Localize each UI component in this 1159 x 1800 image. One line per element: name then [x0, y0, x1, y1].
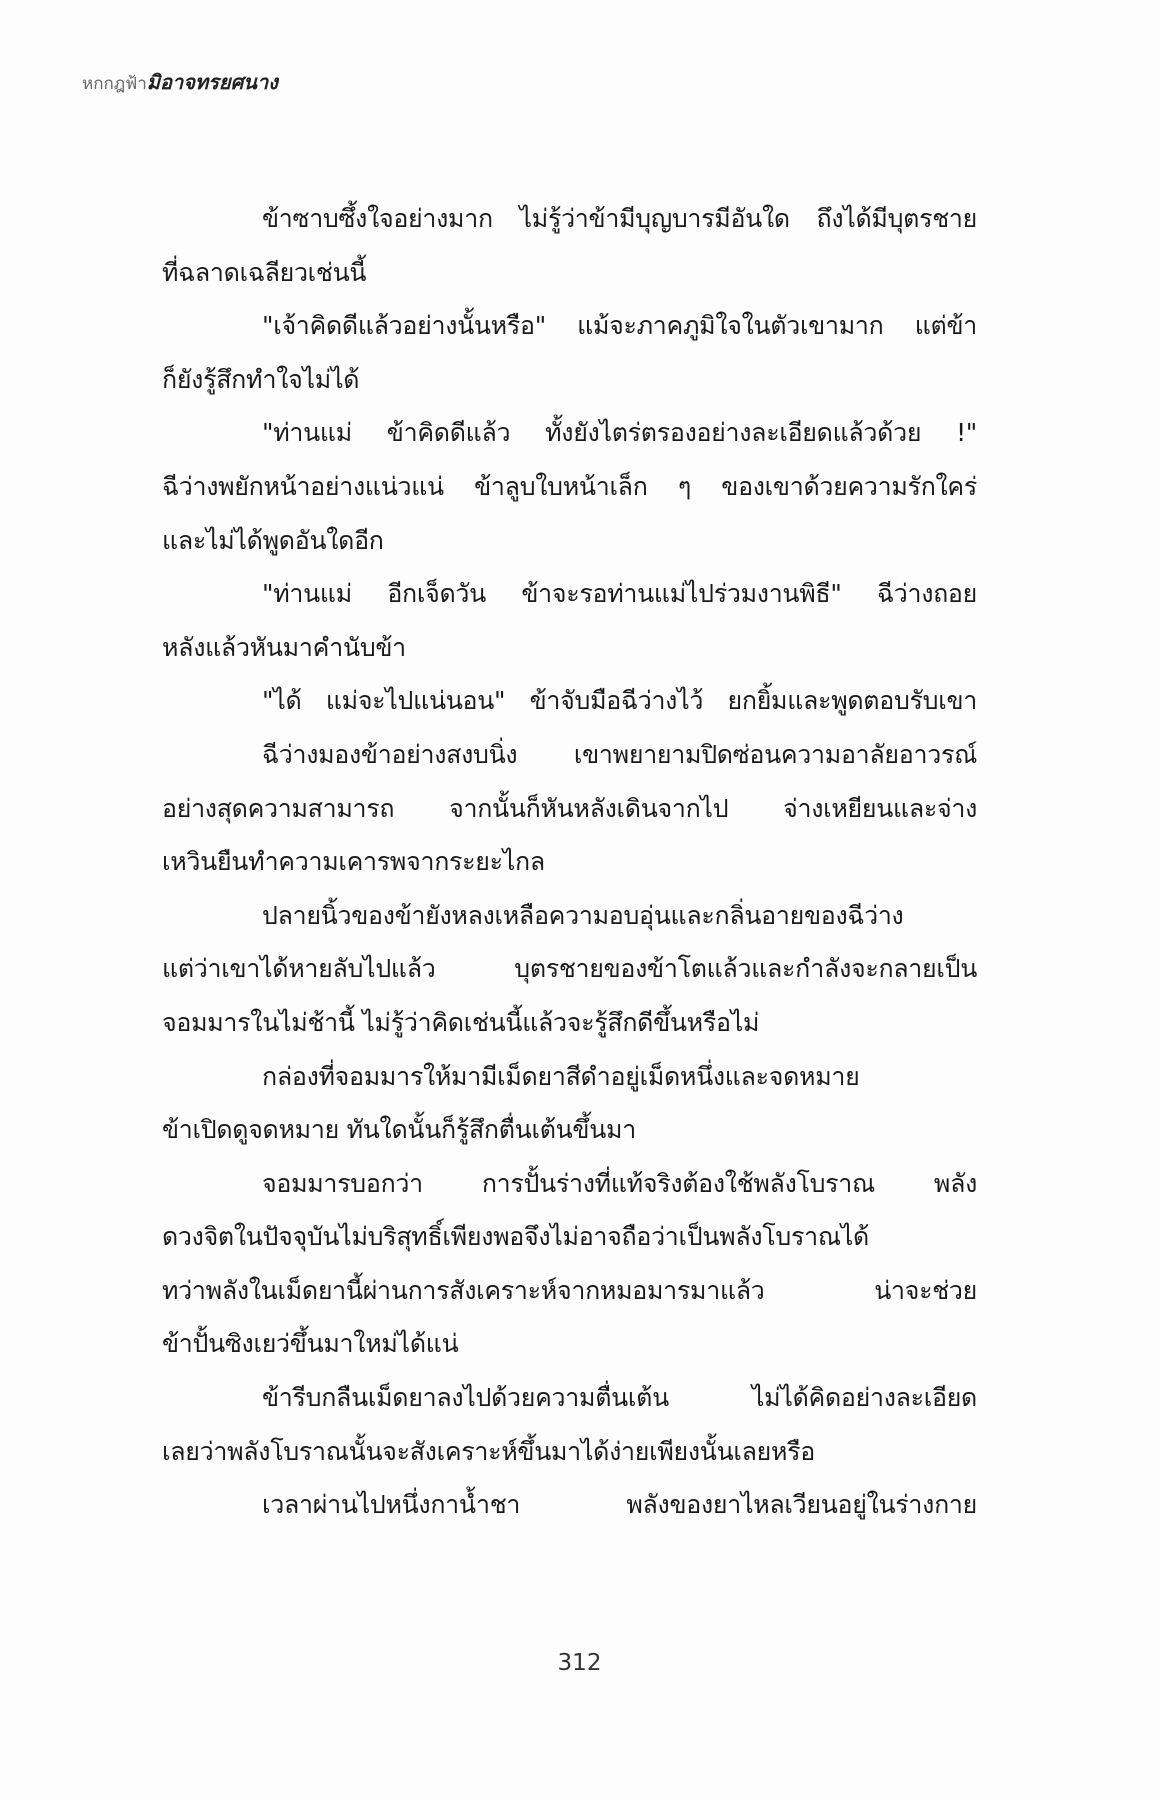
- text-line: ดวงจิตในปัจจุบันไม่บริสุทธิ์เพียงพอจึงไม…: [162, 1210, 977, 1264]
- text-line: กล่องที่จอมมารให้มามีเม็ดยาสีดำอยู่เม็ดห…: [162, 1050, 977, 1104]
- book-title: มิอาจทรยศนาง: [147, 70, 278, 94]
- body-text: ข้าซาบซึ้งใจอย่างมาก ไม่รู้ว่าข้ามีบุญบา…: [162, 192, 977, 1532]
- text-line: ข้าปั้นซิงเยว่ขึ้นมาใหม่ได้แน่: [162, 1317, 977, 1371]
- text-line: ก็ยังรู้สึกทำใจไม่ได้: [162, 353, 977, 407]
- text-line: ข้าซาบซึ้งใจอย่างมาก ไม่รู้ว่าข้ามีบุญบา…: [162, 192, 977, 246]
- page-number: 312: [0, 1650, 1159, 1676]
- text-line: เลยว่าพลังโบราณนั้นจะสังเคราะห์ขึ้นมาได้…: [162, 1425, 977, 1479]
- series-name: หกกฎฟ้า: [82, 74, 147, 94]
- text-line: "ท่านแม่ อีกเจ็ดวัน ข้าจะรอท่านแม่ไปร่วม…: [162, 567, 977, 621]
- text-line: จอมมารบอกว่า การปั้นร่างที่แท้จริงต้องใช…: [162, 1157, 977, 1211]
- text-line: ฉีว่างพยักหน้าอย่างแน่วแน่ ข้าลูบใบหน้าเ…: [162, 460, 977, 514]
- book-page: หกกฎฟ้ามิอาจทรยศนาง ข้าซาบซึ้งใจอย่างมาก…: [0, 0, 1159, 1800]
- text-line: "เจ้าคิดดีแล้วอย่างนั้นหรือ" แม้จะภาคภูม…: [162, 299, 977, 353]
- text-line: ฉีว่างมองข้าอย่างสงบนิ่ง เขาพยายามปิดซ่อ…: [162, 728, 977, 782]
- text-line: อย่างสุดความสามารถ จากนั้นก็หันหลังเดินจ…: [162, 782, 977, 836]
- text-line: ข้าเปิดดูจดหมาย ทันใดนั้นก็รู้สึกตื่นเต้…: [162, 1103, 977, 1157]
- text-line: ข้ารีบกลืนเม็ดยาลงไปด้วยความตื่นเต้น ไม่…: [162, 1371, 977, 1425]
- text-line: ปลายนิ้วของข้ายังหลงเหลือความอบอุ่นและกล…: [162, 889, 977, 943]
- text-line: หลังแล้วหันมาคำนับข้า: [162, 621, 977, 675]
- text-line: "ได้ แม่จะไปแน่นอน" ข้าจับมือฉีว่างไว้ ย…: [162, 674, 977, 728]
- running-header: หกกฎฟ้ามิอาจทรยศนาง: [82, 66, 278, 98]
- text-line: ทว่าพลังในเม็ดยานี้ผ่านการสังเคราะห์จากห…: [162, 1264, 977, 1318]
- text-line: แต่ว่าเขาได้หายลับไปแล้ว บุตรชายของข้าโต…: [162, 942, 977, 996]
- text-line: เหวินยืนทำความเคารพจากระยะไกล: [162, 835, 977, 889]
- text-line: และไม่ได้พูดอันใดอีก: [162, 514, 977, 568]
- text-line: จอมมารในไม่ช้านี้ ไม่รู้ว่าคิดเช่นนี้แล้…: [162, 996, 977, 1050]
- text-line: เวลาผ่านไปหนึ่งกาน้ำชา พลังของยาไหลเวียน…: [162, 1478, 977, 1532]
- text-line: "ท่านแม่ ข้าคิดดีแล้ว ทั้งยังไตร่ตรองอย่…: [162, 406, 977, 460]
- text-line: ที่ฉลาดเฉลียวเช่นนี้: [162, 246, 977, 300]
